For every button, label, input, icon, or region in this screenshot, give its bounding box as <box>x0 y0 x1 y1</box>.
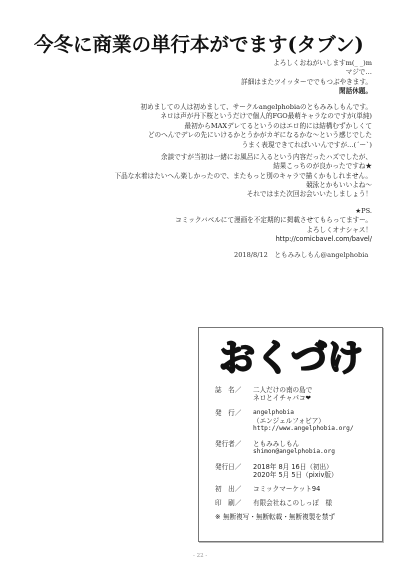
paragraph-1: 初めましての人は初めまして、サークルangelphobiaのともみみしもんです。… <box>141 103 372 150</box>
ps-block: ★PS. コミックバベルにて漫画を不定期的に掲載させてもらってますー。 よろしく… <box>175 207 372 245</box>
row-date: 発行日／2018年 8月 16日（初出）2020年 5月 5日（pixiv版） <box>215 463 338 479</box>
row-author: 発行者／ともみみしもんshimon@angelphobia.org <box>215 440 335 456</box>
text-line: 下品な水着はたいへん楽しかったので、またもっと別のキャラで描くかもしれません。 <box>115 172 372 181</box>
row-notice: ※無断複写・無断転載・無断複製を禁ず <box>215 513 335 521</box>
author-email[interactable]: shimon@angelphobia.org <box>253 448 335 456</box>
row-publisher: 発 行／angelphobia（エンジェルフォビア）http://www.ang… <box>215 409 354 434</box>
text-line: どのへんでデレの先にいけるかとうかがカギになるかな〜という感じでした <box>141 131 372 140</box>
row-title: 誌 名／二人だけの南の島でネロとイチャパコ❤ <box>215 386 312 402</box>
publisher-url[interactable]: http://www.angelphobia.org/ <box>253 425 354 433</box>
text-line: 余談ですが当初は一緒にお風呂に入るという内容だったハズでしたが、 <box>115 153 372 162</box>
text-line: コミックバベルにて漫画を不定期的に掲載させてもらってますー。 <box>175 216 372 225</box>
page-number: - 22 - <box>193 553 207 559</box>
closing-line: それではまた次回お会いいたしましょう！ <box>247 190 372 199</box>
row-first-appearance: 初 出／コミックマーケット94 <box>215 485 320 493</box>
text-line: うまく表現できてればいいんですが…(´ー`) <box>141 141 372 150</box>
text-line: 最初からMAXデレてるというのはエロ的には結構むずかしくて <box>141 122 372 131</box>
row-printer: 印 刷／有限会社ねこのしっぽ 様 <box>215 499 332 507</box>
text-line: よろしくオナシャス！ <box>175 226 372 235</box>
text-line: 初めましての人は初めまして、サークルangelphobiaのともみみしもんです。 <box>141 103 372 112</box>
page-title: 今冬に商業の単行本がでます(タブン) <box>34 29 374 57</box>
paragraph-2: 余談ですが当初は一緒にお風呂に入るという内容だったハズでしたが、 結果こっちのが… <box>115 153 372 191</box>
colophon-box: おくづけ 誌 名／二人だけの南の島でネロとイチャパコ❤ 発 行／angelpho… <box>198 327 383 542</box>
ps-label: ★PS. <box>175 207 372 216</box>
signature: 2018/8/12 ともみみしもん@angelphobia <box>234 249 368 259</box>
intro-line: 詳細はまたツイッターででもつぶやきます。 <box>241 78 372 87</box>
url-link[interactable]: http://comicbavel.com/bavel/ <box>175 235 372 244</box>
intro-line: よろしくおねがいしますm(_ _)m <box>241 59 372 68</box>
intro-line: マジで… <box>241 68 372 77</box>
text-line: ネロは声が丹下桜というだけで個人的FGO最萌キャラなのですが(単純) <box>141 112 372 121</box>
svg-text:おくづけ: おくづけ <box>219 338 363 378</box>
section-heading: 閑話休題。 <box>339 87 372 96</box>
okuzuke-logo: おくづけ <box>209 336 374 378</box>
intro-text: よろしくおねがいしますm(_ _)m マジで… 詳細はまたツイッターででもつぶや… <box>241 59 372 87</box>
text-line: 結果こっちのが良かったですね★ <box>115 162 372 171</box>
